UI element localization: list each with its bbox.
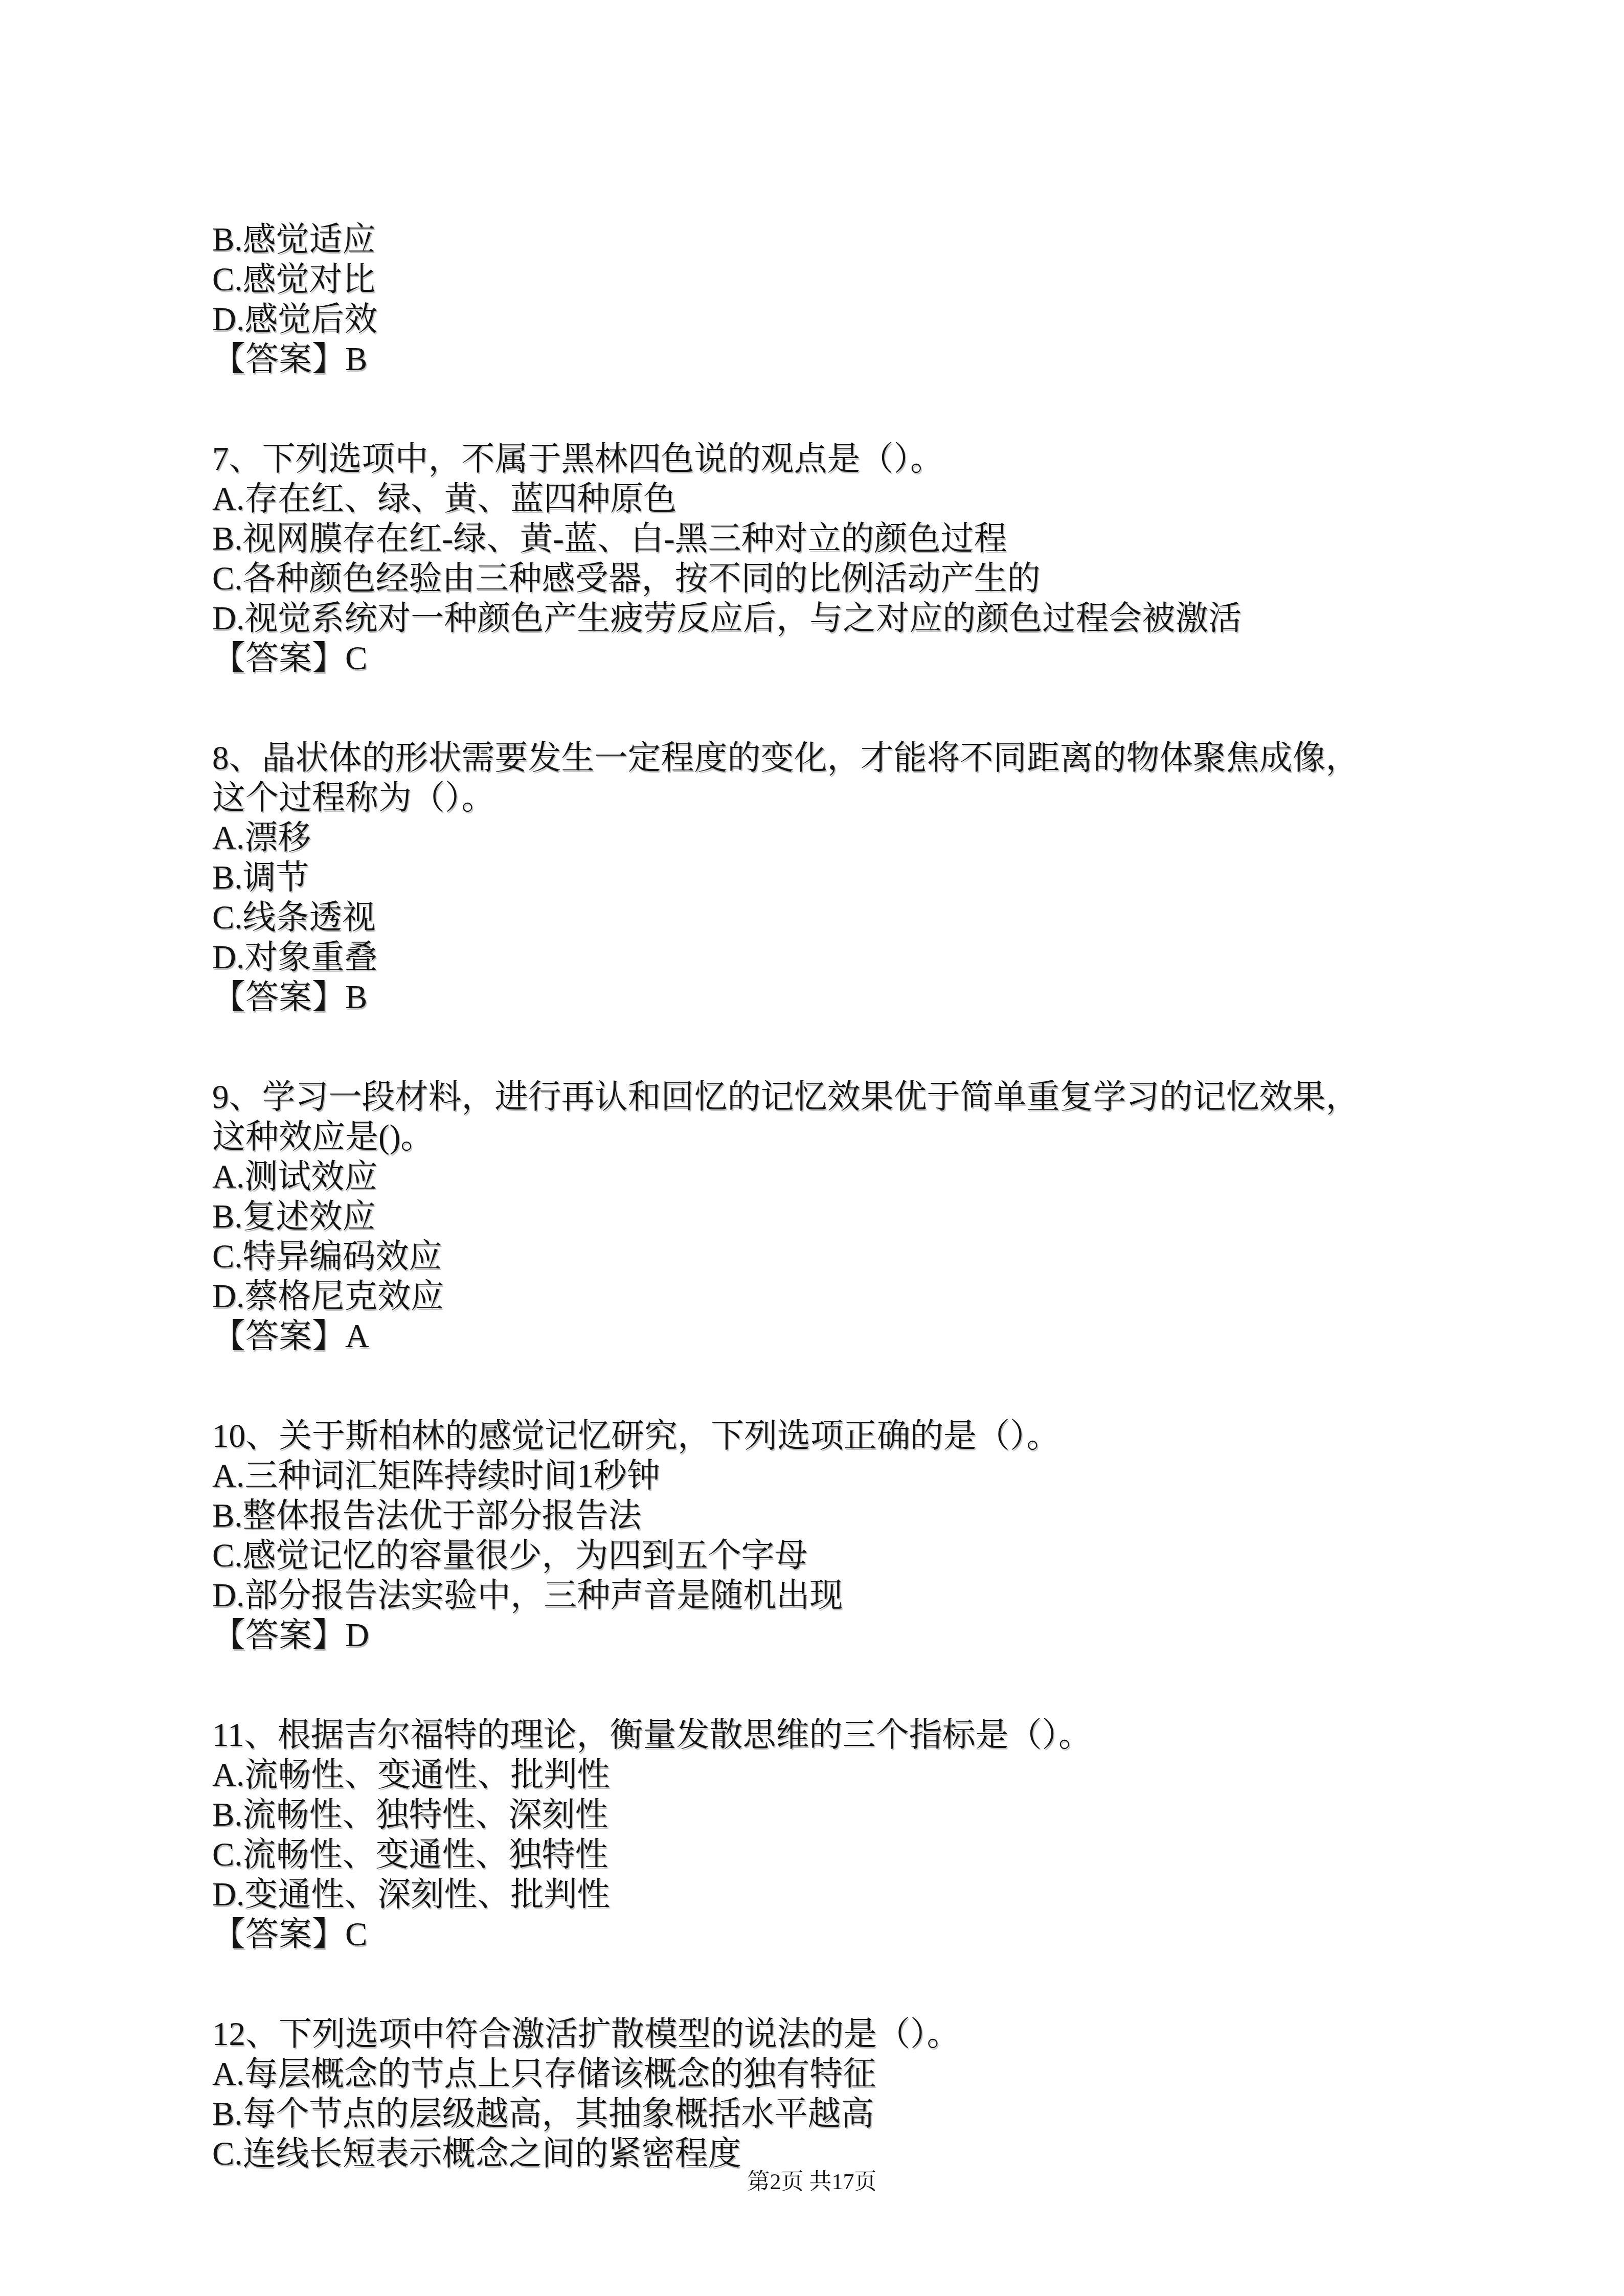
option-line: A.存在红、绿、黄、蓝四种原色	[212, 479, 1439, 519]
question-stem-line: 7、下列选项中，不属于黑林四色说的观点是（）。	[212, 439, 1439, 479]
option-line: D.对象重叠	[212, 938, 1439, 977]
answer-line: 【答案】B	[212, 977, 1439, 1017]
option-line: C.连线长短表示概念之间的紧密程度	[212, 2134, 1439, 2174]
option-line: D.变通性、深刻性、批判性	[212, 1875, 1439, 1915]
question-stem-line: 9、学习一段材料，进行再认和回忆的记忆效果优于简单重复学习的记忆效果，	[212, 1077, 1439, 1117]
option-line: A.漂移	[212, 818, 1439, 858]
option-line: B.整体报告法优于部分报告法	[212, 1496, 1439, 1536]
option-line: D.蔡格尼克效应	[212, 1277, 1439, 1316]
answer-line: 【答案】B	[212, 339, 1439, 379]
document-page: B.感觉适应 C.感觉对比 D.感觉后效 【答案】B 7、下列选项中，不属于黑林…	[0, 0, 1624, 2296]
option-line: D.部分报告法实验中，三种声音是随机出现	[212, 1576, 1439, 1616]
option-line: B.复述效应	[212, 1197, 1439, 1237]
question-8: 8、晶状体的形状需要发生一定程度的变化，才能将不同距离的物体聚焦成像， 这个过程…	[212, 738, 1439, 1017]
question-stem-line: 11、根据吉尔福特的理论，衡量发散思维的三个指标是（）。	[212, 1715, 1439, 1755]
question-stem-line: 这种效应是()。	[212, 1117, 1439, 1157]
answer-line: 【答案】A	[212, 1316, 1439, 1356]
option-line: B.流畅性、独特性、深刻性	[212, 1795, 1439, 1835]
option-line: B.每个节点的层级越高，其抽象概括水平越高	[212, 2094, 1439, 2134]
questions-area: B.感觉适应 C.感觉对比 D.感觉后效 【答案】B 7、下列选项中，不属于黑林…	[212, 220, 1439, 2174]
question-stem-line: 8、晶状体的形状需要发生一定程度的变化，才能将不同距离的物体聚焦成像，	[212, 738, 1439, 778]
answer-line: 【答案】C	[212, 1915, 1439, 1954]
question-stem-line: 10、关于斯柏林的感觉记忆研究，下列选项正确的是（）。	[212, 1416, 1439, 1456]
option-line: B.视网膜存在红-绿、黄-蓝、白-黑三种对立的颜色过程	[212, 519, 1439, 559]
question-stem-line: 这个过程称为（）。	[212, 778, 1439, 818]
option-line: C.流畅性、变通性、独特性	[212, 1835, 1439, 1875]
question-11: 11、根据吉尔福特的理论，衡量发散思维的三个指标是（）。 A.流畅性、变通性、批…	[212, 1715, 1439, 1954]
option-line: D.视觉系统对一种颜色产生疲劳反应后，与之对应的颜色过程会被激活	[212, 599, 1439, 639]
question-7: 7、下列选项中，不属于黑林四色说的观点是（）。 A.存在红、绿、黄、蓝四种原色 …	[212, 439, 1439, 678]
option-line: C.特异编码效应	[212, 1237, 1439, 1277]
page-footer: 第2页 共17页	[0, 2169, 1624, 2195]
option-line: A.三种词汇矩阵持续时间1秒钟	[212, 1456, 1439, 1496]
question-10: 10、关于斯柏林的感觉记忆研究，下列选项正确的是（）。 A.三种词汇矩阵持续时间…	[212, 1416, 1439, 1655]
option-line: A.每层概念的节点上只存储该概念的独有特征	[212, 2054, 1439, 2094]
option-line: D.感觉后效	[212, 300, 1439, 339]
answer-line: 【答案】D	[212, 1616, 1439, 1655]
answer-line: 【答案】C	[212, 639, 1439, 678]
option-line: C.感觉记忆的容量很少，为四到五个字母	[212, 1536, 1439, 1576]
question-9: 9、学习一段材料，进行再认和回忆的记忆效果优于简单重复学习的记忆效果， 这种效应…	[212, 1077, 1439, 1356]
question-6-partial: B.感觉适应 C.感觉对比 D.感觉后效 【答案】B	[212, 220, 1439, 379]
question-stem-line: 12、下列选项中符合激活扩散模型的说法的是（）。	[212, 2014, 1439, 2054]
question-12-partial: 12、下列选项中符合激活扩散模型的说法的是（）。 A.每层概念的节点上只存储该概…	[212, 2014, 1439, 2174]
option-line: B.感觉适应	[212, 220, 1439, 260]
option-line: B.调节	[212, 858, 1439, 898]
option-line: C.感觉对比	[212, 260, 1439, 300]
option-line: C.各种颜色经验由三种感受器，按不同的比例活动产生的	[212, 559, 1439, 599]
option-line: A.测试效应	[212, 1157, 1439, 1197]
option-line: A.流畅性、变通性、批判性	[212, 1755, 1439, 1795]
option-line: C.线条透视	[212, 898, 1439, 938]
